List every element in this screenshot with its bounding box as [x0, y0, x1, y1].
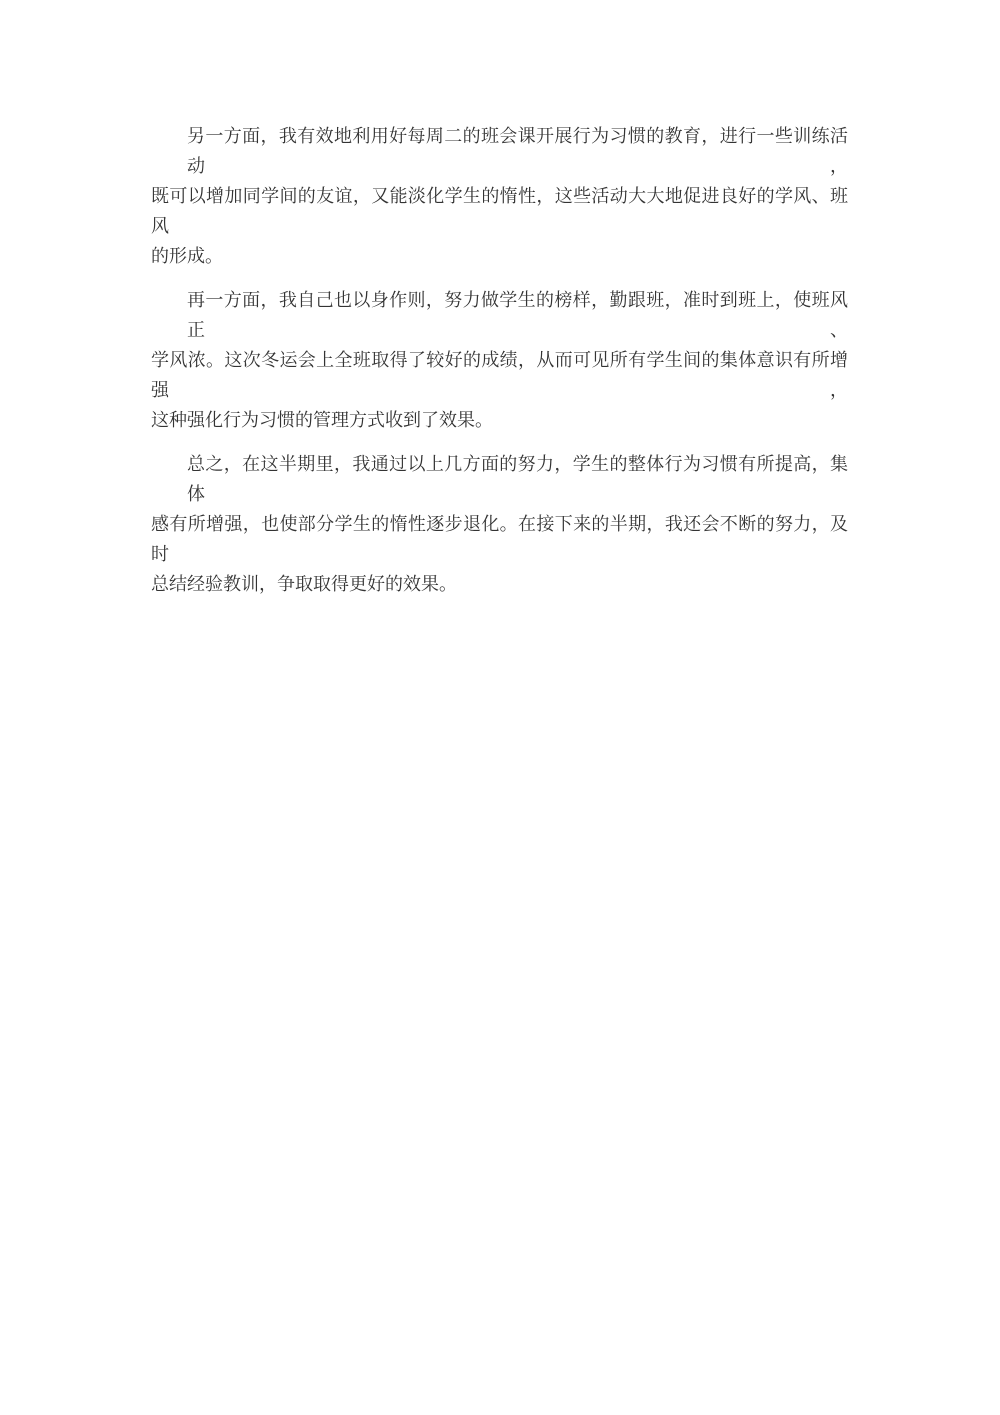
- text-line: 另一方面，我有效地利用好每周二的班会课开展行为习惯的教育，进行一些训练活动，: [151, 122, 848, 182]
- text-line: 学风浓。这次冬运会上全班取得了较好的成绩，从而可见所有学生间的集体意识有所增强，: [151, 346, 848, 406]
- text-line: 的形成。: [151, 242, 848, 272]
- text-line: 感有所增强，也使部分学生的惰性逐步退化。在接下来的半期，我还会不断的努力，及时: [151, 510, 848, 570]
- text-line: 既可以增加同学间的友谊，又能淡化学生的惰性，这些活动大大地促进良好的学风、班风: [151, 182, 848, 242]
- paragraph-2: 再一方面，我自己也以身作则，努力做学生的榜样，勤跟班，准时到班上，使班风正、 学…: [151, 286, 848, 436]
- text-line: 总结经验教训，争取取得更好的效果。: [151, 570, 848, 600]
- paragraph-3: 总之，在这半期里，我通过以上几方面的努力，学生的整体行为习惯有所提高，集体 感有…: [151, 450, 848, 600]
- document-text-block: 另一方面，我有效地利用好每周二的班会课开展行为习惯的教育，进行一些训练活动， 既…: [151, 122, 848, 614]
- text-line: 总之，在这半期里，我通过以上几方面的努力，学生的整体行为习惯有所提高，集体: [151, 450, 848, 510]
- document-page: 另一方面，我有效地利用好每周二的班会课开展行为习惯的教育，进行一些训练活动， 既…: [0, 0, 1000, 1415]
- text-line: 再一方面，我自己也以身作则，努力做学生的榜样，勤跟班，准时到班上，使班风正、: [151, 286, 848, 346]
- paragraph-1: 另一方面，我有效地利用好每周二的班会课开展行为习惯的教育，进行一些训练活动， 既…: [151, 122, 848, 272]
- text-line: 这种强化行为习惯的管理方式收到了效果。: [151, 406, 848, 436]
